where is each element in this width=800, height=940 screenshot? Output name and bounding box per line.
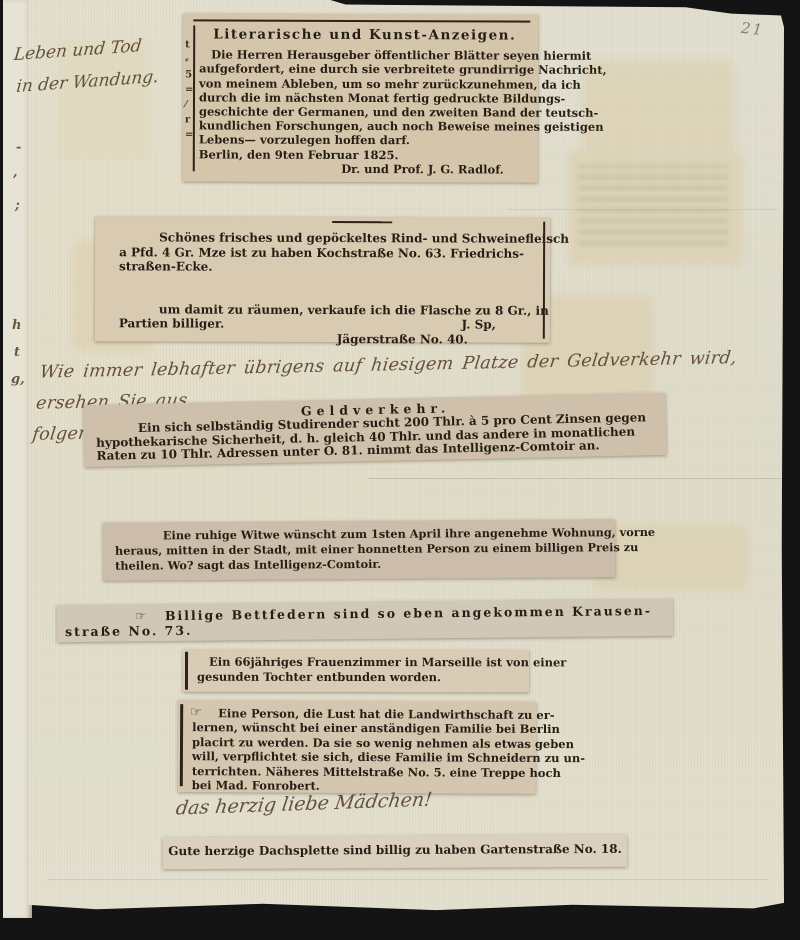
clipping-body: um damit zu räumen, verkaufe ich die Fla… (119, 302, 536, 318)
scanned-document: - , ; h t g, 21 Leben und Tod in der Wan… (0, 0, 800, 940)
manicule-icon: ☞ (135, 609, 149, 624)
clipping-body: Ein 66jähriges Frauenzimmer in Marseille… (197, 655, 523, 685)
clipping-title: Literarische und Kunst-Anzeigen. (199, 27, 530, 42)
column-rule (185, 652, 188, 690)
clipping-dachsplette: Gute herzige Dachsplette sind billig zu … (163, 835, 627, 869)
clipping-body: Die Herren Herausgeber öffentlicher Blät… (199, 48, 530, 163)
clipping-body: Gute herzige Dachsplette sind billig zu … (167, 842, 623, 859)
clipping-address: Jägerstraße No. 40. (119, 331, 536, 347)
manicule-icon: ☞ (190, 706, 202, 720)
margin-fragment: , (13, 165, 18, 180)
fold-crease (48, 878, 768, 880)
margin-fragment: h (12, 318, 21, 333)
clipping-top-rule (332, 221, 392, 223)
cut-column-fragments: t⸗5=⁄r= (185, 37, 194, 142)
folio-number: 21 (740, 19, 765, 39)
margin-fragment: t (14, 345, 20, 360)
clipping-witwe-wohnung: Eine ruhige Witwe wünscht zum 1sten Apri… (103, 519, 615, 581)
clipping-top-rule (193, 19, 530, 22)
clipping-body: Schönes frisches und gepöckeltes Rind- u… (119, 230, 536, 275)
show-through-text (578, 165, 728, 245)
handwritten-caption-top: Leben und Tod in der Wandung. (9, 29, 164, 104)
margin-fragment: - (16, 140, 21, 155)
column-rule (180, 704, 183, 786)
under-page-edge: - , ; h t g, (3, 0, 32, 918)
clipping-signature: Dr. und Prof. J. G. Radlof. (199, 161, 530, 176)
clipping-body: Eine Person, die Lust hat die Landwirths… (192, 706, 530, 794)
clipping-body: Eine ruhige Witwe wünscht zum 1sten Apri… (115, 525, 607, 573)
clipping-text: Partien billiger. (119, 316, 225, 331)
clipping-frauenzimmer: Ein 66jähriges Frauenzimmer in Marseille… (183, 650, 529, 693)
clipping-fleisch-anzeige: Schönes frisches und gepöckeltes Rind- u… (95, 216, 550, 343)
clipping-literarische-anzeigen: t⸗5=⁄r= Literarische und Kunst-Anzeigen.… (183, 13, 539, 182)
margin-fragment: ; (15, 198, 20, 213)
clipping-person-landwirthschaft: ☞ Eine Person, die Lust hat die Landwirt… (178, 700, 536, 794)
clipping-signature: J. Sp, (461, 317, 495, 332)
column-rule (543, 222, 545, 339)
fold-crease (368, 477, 788, 479)
clipping-body: Billige Bettfedern sind so eben angekomm… (65, 603, 667, 639)
clipping-geldverkehr: Geldverkehr. Ein sich selbständig Studir… (83, 393, 666, 467)
fold-crease (508, 208, 778, 210)
clipping-bettfedern: ☞ Billige Bettfedern sind so eben angeko… (57, 599, 673, 642)
margin-fragment: g, (11, 372, 25, 387)
